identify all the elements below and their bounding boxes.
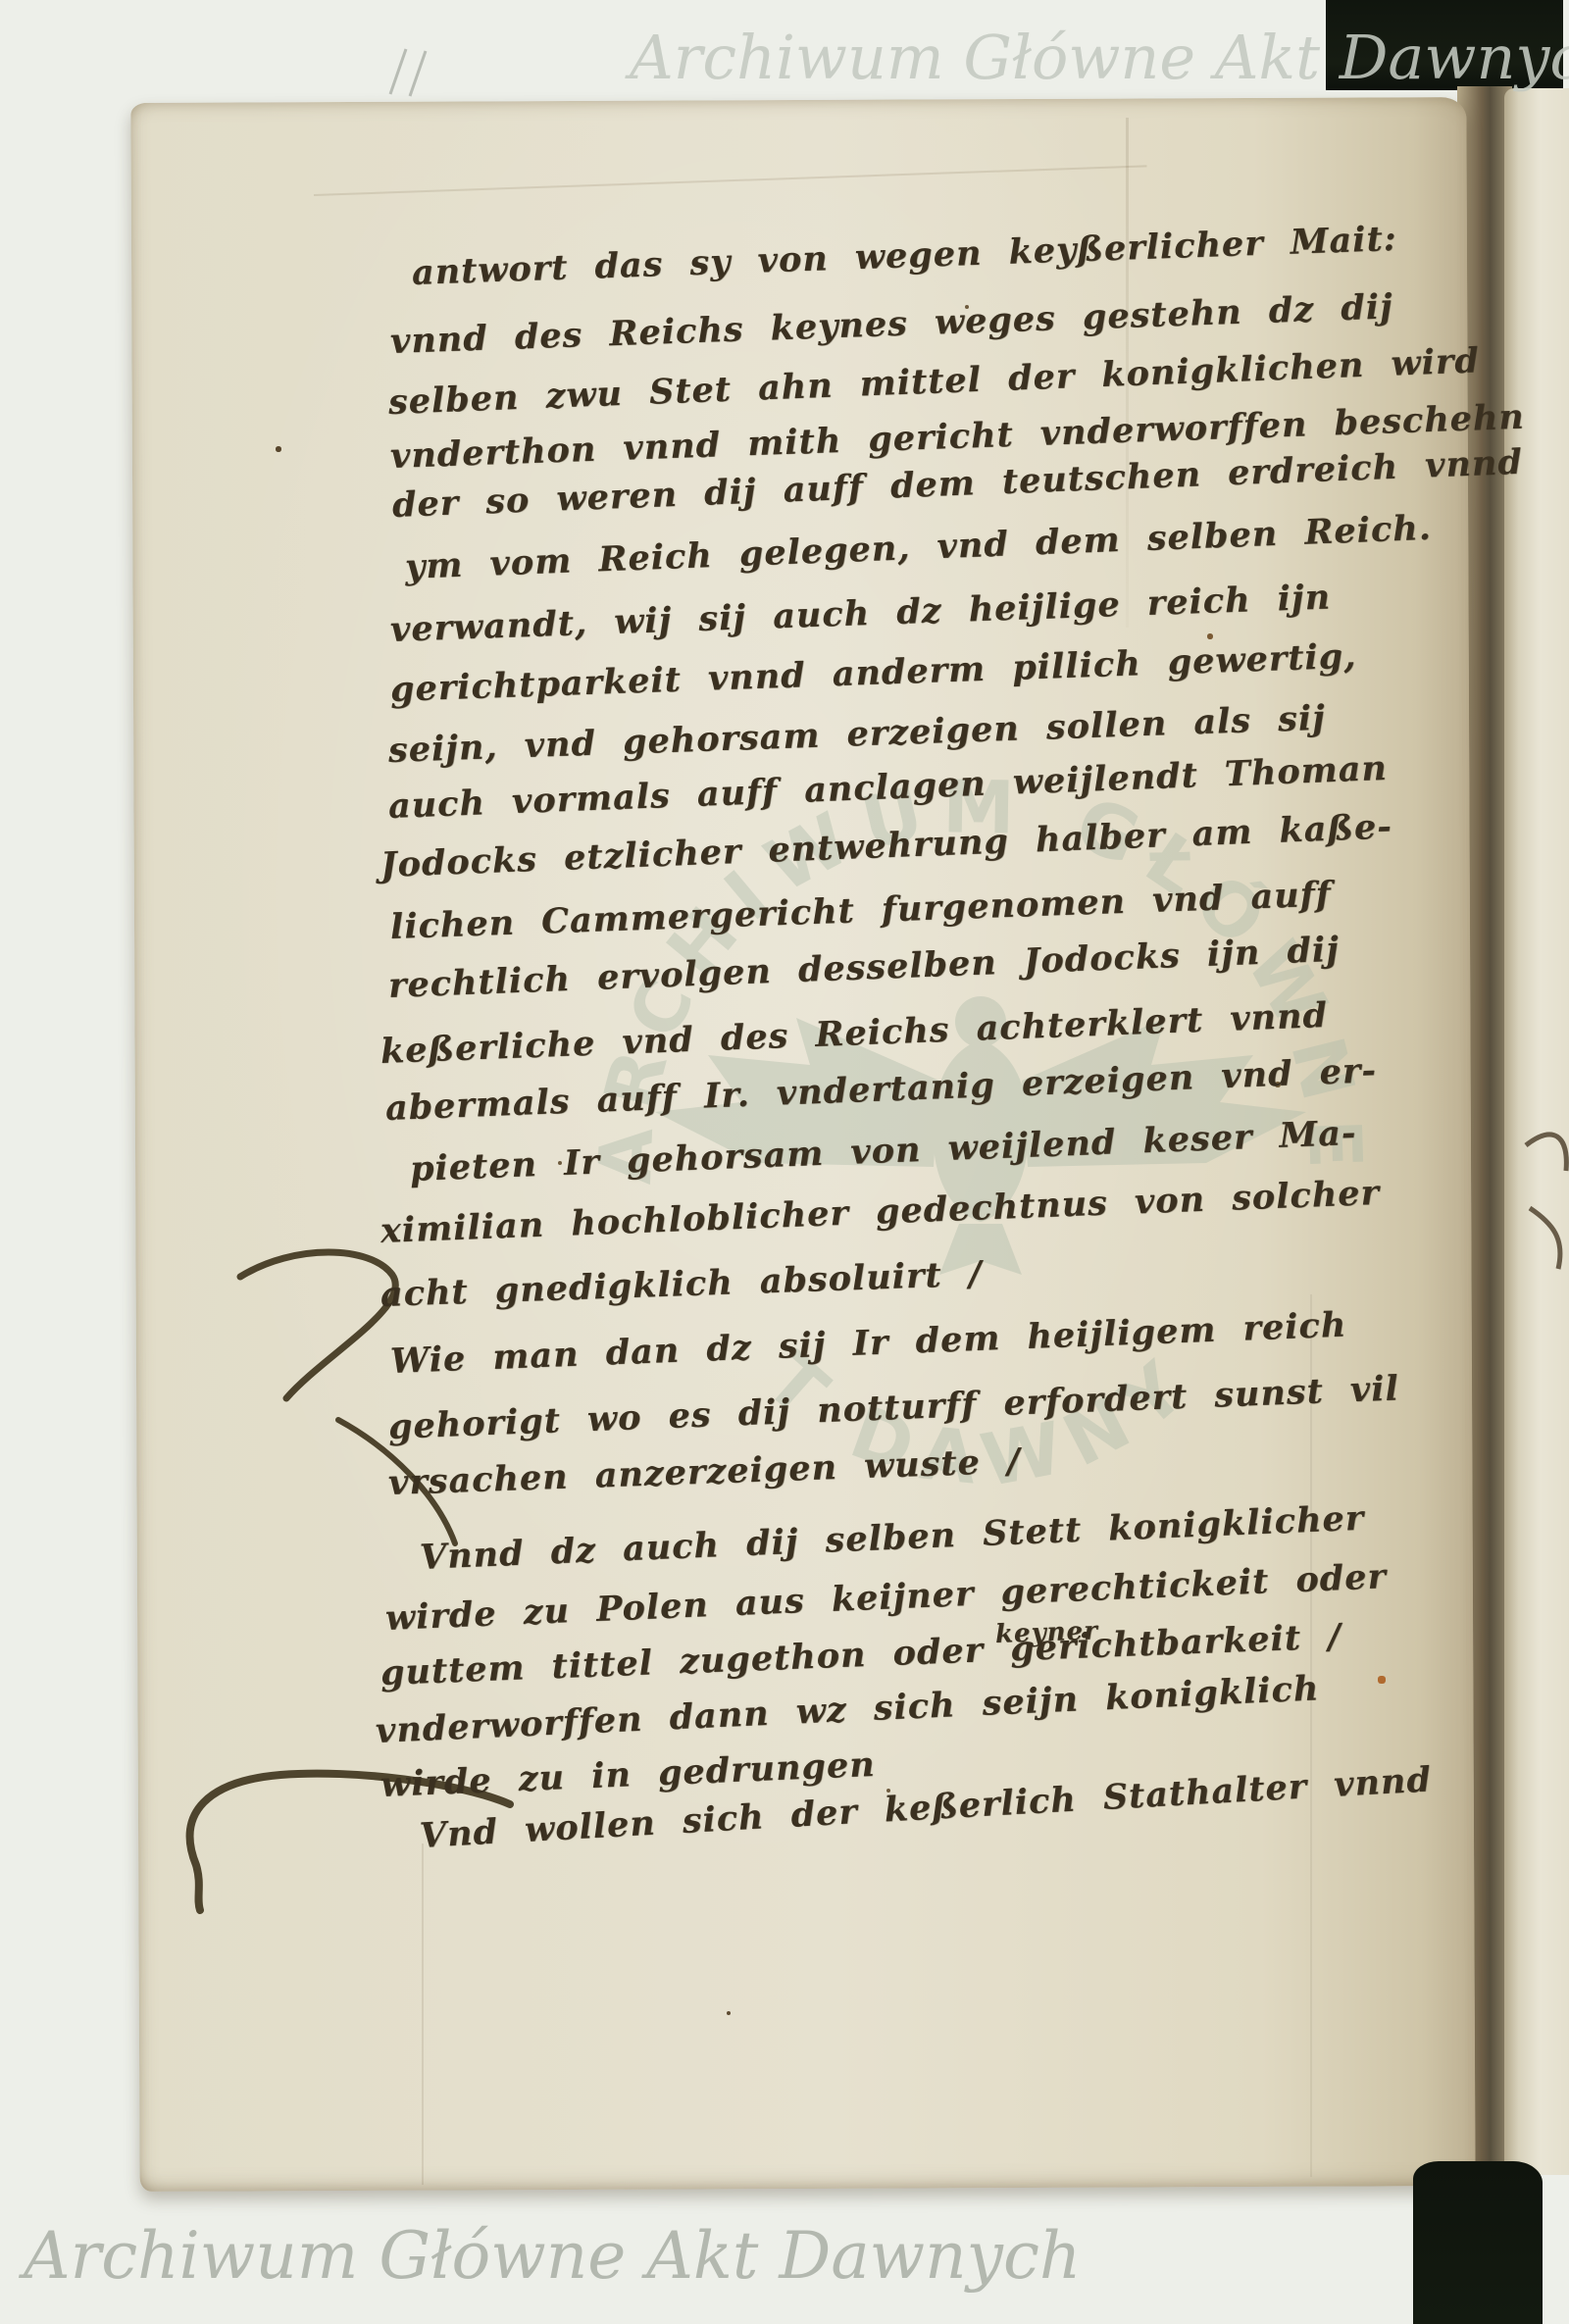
archival-scan: ARCHIWUM GŁÓWNE AKT DAWNYCH <box>0 0 1569 2324</box>
manuscript-line-19: Wie man dan dz sij Ir dem heijligem reic… <box>389 1305 1347 1382</box>
manuscript-line-21: vrsachen anzerzeigen wuste / <box>387 1441 1021 1503</box>
manuscript-line-18: acht gnedigklich absoluirt / <box>380 1254 983 1315</box>
manuscript-line-1: antwort das sy von wegen keyßerlicher Ma… <box>411 219 1397 293</box>
manuscript-line-6: ym vom Reich gelegen, vnd dem selben Rei… <box>404 508 1432 587</box>
handwritten-text-block: antwort das sy von wegen keyßerlicher Ma… <box>0 0 1569 2324</box>
manuscript-line-8: gerichtparkeit vnnd anderm pillich gewer… <box>389 636 1357 710</box>
interlinear-insertion-1: keyner <box>994 1616 1098 1649</box>
manuscript-line-20: gehorigt wo es dij notturff erfordert su… <box>387 1368 1399 1447</box>
manuscript-line-7: verwandt, wij sij auch dz heijlige reich… <box>389 578 1331 650</box>
